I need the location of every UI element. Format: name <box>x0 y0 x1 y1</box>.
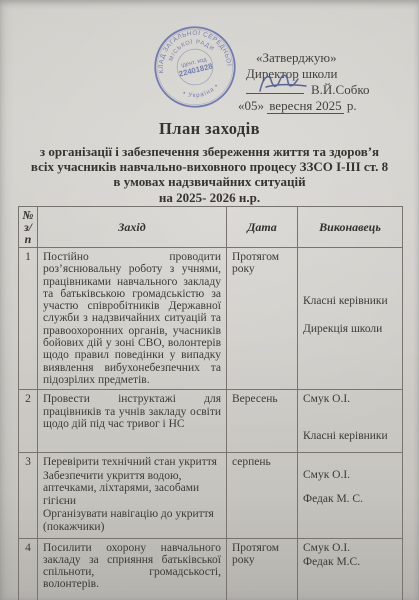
row3-action-line-1: Перевірити технічний стан укриття <box>43 456 221 468</box>
row3-executor-1: Смук О.І. <box>303 456 397 481</box>
approval-date-prefix: «05» <box>238 98 264 113</box>
row4-date: Протягом року <box>227 538 298 600</box>
row4-executor-2: Федак М.С. <box>303 556 397 568</box>
row1-executor-1: Класні керівники <box>303 251 397 307</box>
header-num-bottom: з/п <box>21 221 35 245</box>
header-date: Дата <box>227 207 298 248</box>
row3-action-line-2: Забезпечити укриття водою, аптечками, лі… <box>43 470 221 507</box>
title-subtitle-2: всіх учасників навчально-виховного проце… <box>0 159 419 174</box>
approval-word: «Затверджую» <box>238 50 416 66</box>
table-header-row: № з/п Захід Дата Виконавець <box>19 207 403 248</box>
row2-action-text: Провести інструктажі для працівників та … <box>43 393 221 430</box>
row4-action-text: Посилити охорону навчального закладу за … <box>43 542 221 591</box>
table-row-3: 3 Перевірити технічний стан укриття Забе… <box>19 453 403 538</box>
title-year-line: на 2025- 2026 н.р. <box>0 190 419 205</box>
approval-date: «05» вересня 2025 р. <box>238 98 416 114</box>
signature-icon <box>256 71 312 97</box>
row2-action: Провести інструктажі для працівників та … <box>38 390 227 453</box>
row2-num: 2 <box>19 390 38 453</box>
title-subtitle-1: з організації і забезпечення збереження … <box>0 144 419 159</box>
row4-executor-1: Смук О.І. <box>303 542 397 554</box>
director-name: В.Й.Собко <box>311 82 370 97</box>
row1-date: Протягом року <box>227 248 298 390</box>
row1-action: Постійно проводити роз’яснювальну роботу… <box>38 248 227 390</box>
row2-date: Вересень <box>227 390 298 453</box>
header-executor: Виконавець <box>298 207 403 248</box>
row1-executor-2: Дирекція школи <box>303 323 397 335</box>
row3-executors: Смук О.І. Федак М. С. <box>298 453 403 538</box>
signature-row: В.Й.Собко <box>238 81 416 98</box>
document-title: План заходів <box>0 119 419 139</box>
approval-date-suffix: р. <box>344 98 357 113</box>
plan-table: № з/п Захід Дата Виконавець 1 Постійно п… <box>18 206 403 600</box>
row3-action-line-3: Організувати навігацію до укриття (покаж… <box>43 508 221 533</box>
header-action: Захід <box>38 207 227 248</box>
document-page: ЗАКЛАД ЗАГАЛЬНОЇ СЕРЕДНЬОЇ МІСЬКОЇ РАДИ … <box>0 0 419 600</box>
row2-executor-1: Смук О.І. <box>303 393 397 405</box>
row1-num: 1 <box>19 248 38 390</box>
row2-executors: Смук О.І. Класні керівники <box>298 390 403 453</box>
document-title-block: План заходів з організації і забезпеченн… <box>0 119 419 205</box>
row3-date: серпень <box>227 453 298 538</box>
row3-num: 3 <box>19 453 38 538</box>
stamp-ring-bottom-text: • Україна • <box>180 81 222 103</box>
title-subtitle-3: в умовах надзвичайних ситуацій <box>0 174 419 189</box>
row4-action: Посилити охорону навчального закладу за … <box>38 538 227 600</box>
row4-executors: Смук О.І. Федак М.С. <box>298 538 403 600</box>
header-num: № з/п <box>19 207 38 248</box>
approval-date-underlined: вересня 2025 <box>267 98 343 114</box>
row3-action: Перевірити технічний стан укриття Забезп… <box>38 453 227 538</box>
table-row-1: 1 Постійно проводити роз’яснювальну робо… <box>19 248 403 390</box>
row1-action-text: Постійно проводити роз’яснювальну роботу… <box>43 251 221 386</box>
row1-executors: Класні керівники Дирекція школи <box>298 248 403 390</box>
row4-num: 4 <box>19 538 38 600</box>
table-row-4: 4 Посилити охорону навчального закладу з… <box>19 538 403 600</box>
approval-block: «Затверджую» Директор школи В.Й.Собко «0… <box>238 50 416 114</box>
table-row-2: 2 Провести інструктажі для працівників т… <box>19 390 403 453</box>
row3-executor-2: Федак М. С. <box>303 493 397 505</box>
row2-executor-2: Класні керівники <box>303 430 397 442</box>
